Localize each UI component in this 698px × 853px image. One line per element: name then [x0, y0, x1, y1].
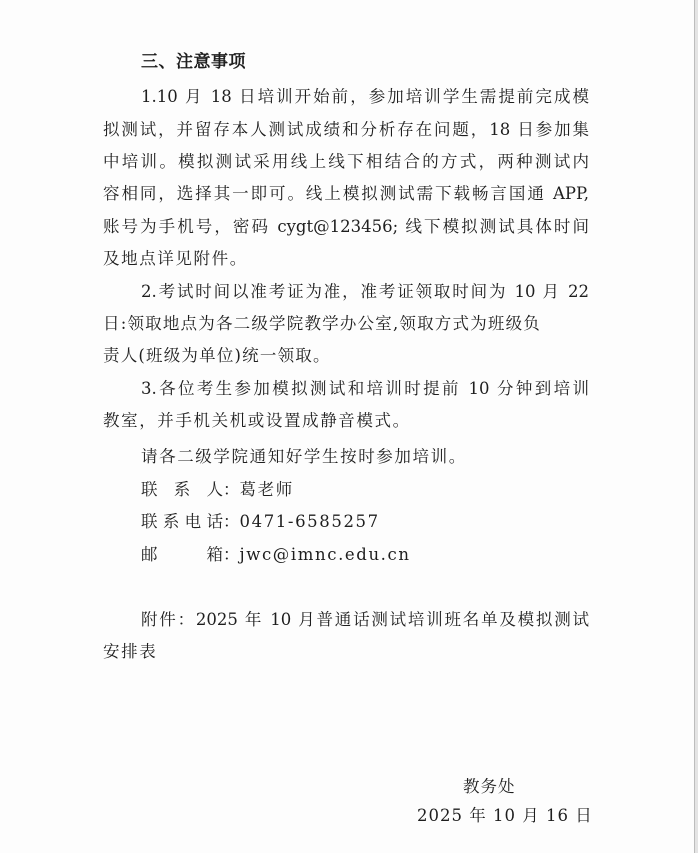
- contact-email-value: jwc@imnc.edu.cn: [240, 545, 411, 564]
- notice-text: 请各二级学院通知好学生按时参加培训。: [141, 441, 589, 473]
- paragraph-line: 中培训。模拟测试采用线上线下相结合的方式，两种测试内: [103, 146, 589, 178]
- paragraph-line: 及地点详见附件。: [103, 243, 589, 275]
- paragraph-line: 容相同，选择其一即可。线上模拟测试需下载畅言国通 APP,: [103, 178, 589, 210]
- paragraph-line: 3.各位考生参加模拟测试和培训时提前 10 分钟到培训: [141, 373, 589, 405]
- colon: ：: [223, 480, 240, 499]
- contact-email-row: 邮箱：jwc@imnc.edu.cn: [141, 539, 589, 571]
- section-heading: 三、注意事项: [141, 46, 589, 78]
- contact-email-label: 邮箱: [141, 539, 223, 571]
- paragraph-line: 2.考试时间以准考证为准，准考证领取时间为 10 月 22: [141, 276, 589, 308]
- attachment-line: 附件：2025 年 10 月普通话测试培训班名单及模拟测试: [141, 604, 589, 636]
- page-edge-scrollbar: [694, 0, 698, 853]
- signature-office: 教务处: [463, 772, 516, 802]
- attachment-line: 安排表: [103, 636, 589, 668]
- paragraph-line: 责人(班级为单位)统一领取。: [103, 340, 589, 372]
- contact-person-label: 联系人: [141, 474, 223, 506]
- paragraph-line: 教室，并手机关机或设置成静音模式。: [103, 405, 589, 437]
- paragraph-line: 日:领取地点为各二级学院教学办公室,领取方式为班级负: [103, 308, 589, 340]
- contact-phone-label: 联系电话: [141, 506, 223, 538]
- contact-person-row: 联系人：葛老师: [141, 474, 589, 506]
- contact-person-value: 葛老师: [240, 480, 294, 499]
- colon: ：: [223, 512, 240, 531]
- signature-date: 2025 年 10 月 16 日: [417, 801, 593, 831]
- paragraph-line: 1.10 月 18 日培训开始前，参加培训学生需提前完成模: [141, 81, 589, 113]
- paragraph-line: 账号为手机号，密码 cygt@123456; 线下模拟测试具体时间: [103, 211, 589, 243]
- contact-phone-value: 0471-6585257: [240, 512, 380, 531]
- paragraph-line: 拟测试，并留存本人测试成绩和分析存在问题，18 日参加集: [103, 114, 589, 146]
- colon: ：: [223, 545, 240, 564]
- contact-phone-row: 联系电话：0471-6585257: [141, 506, 589, 538]
